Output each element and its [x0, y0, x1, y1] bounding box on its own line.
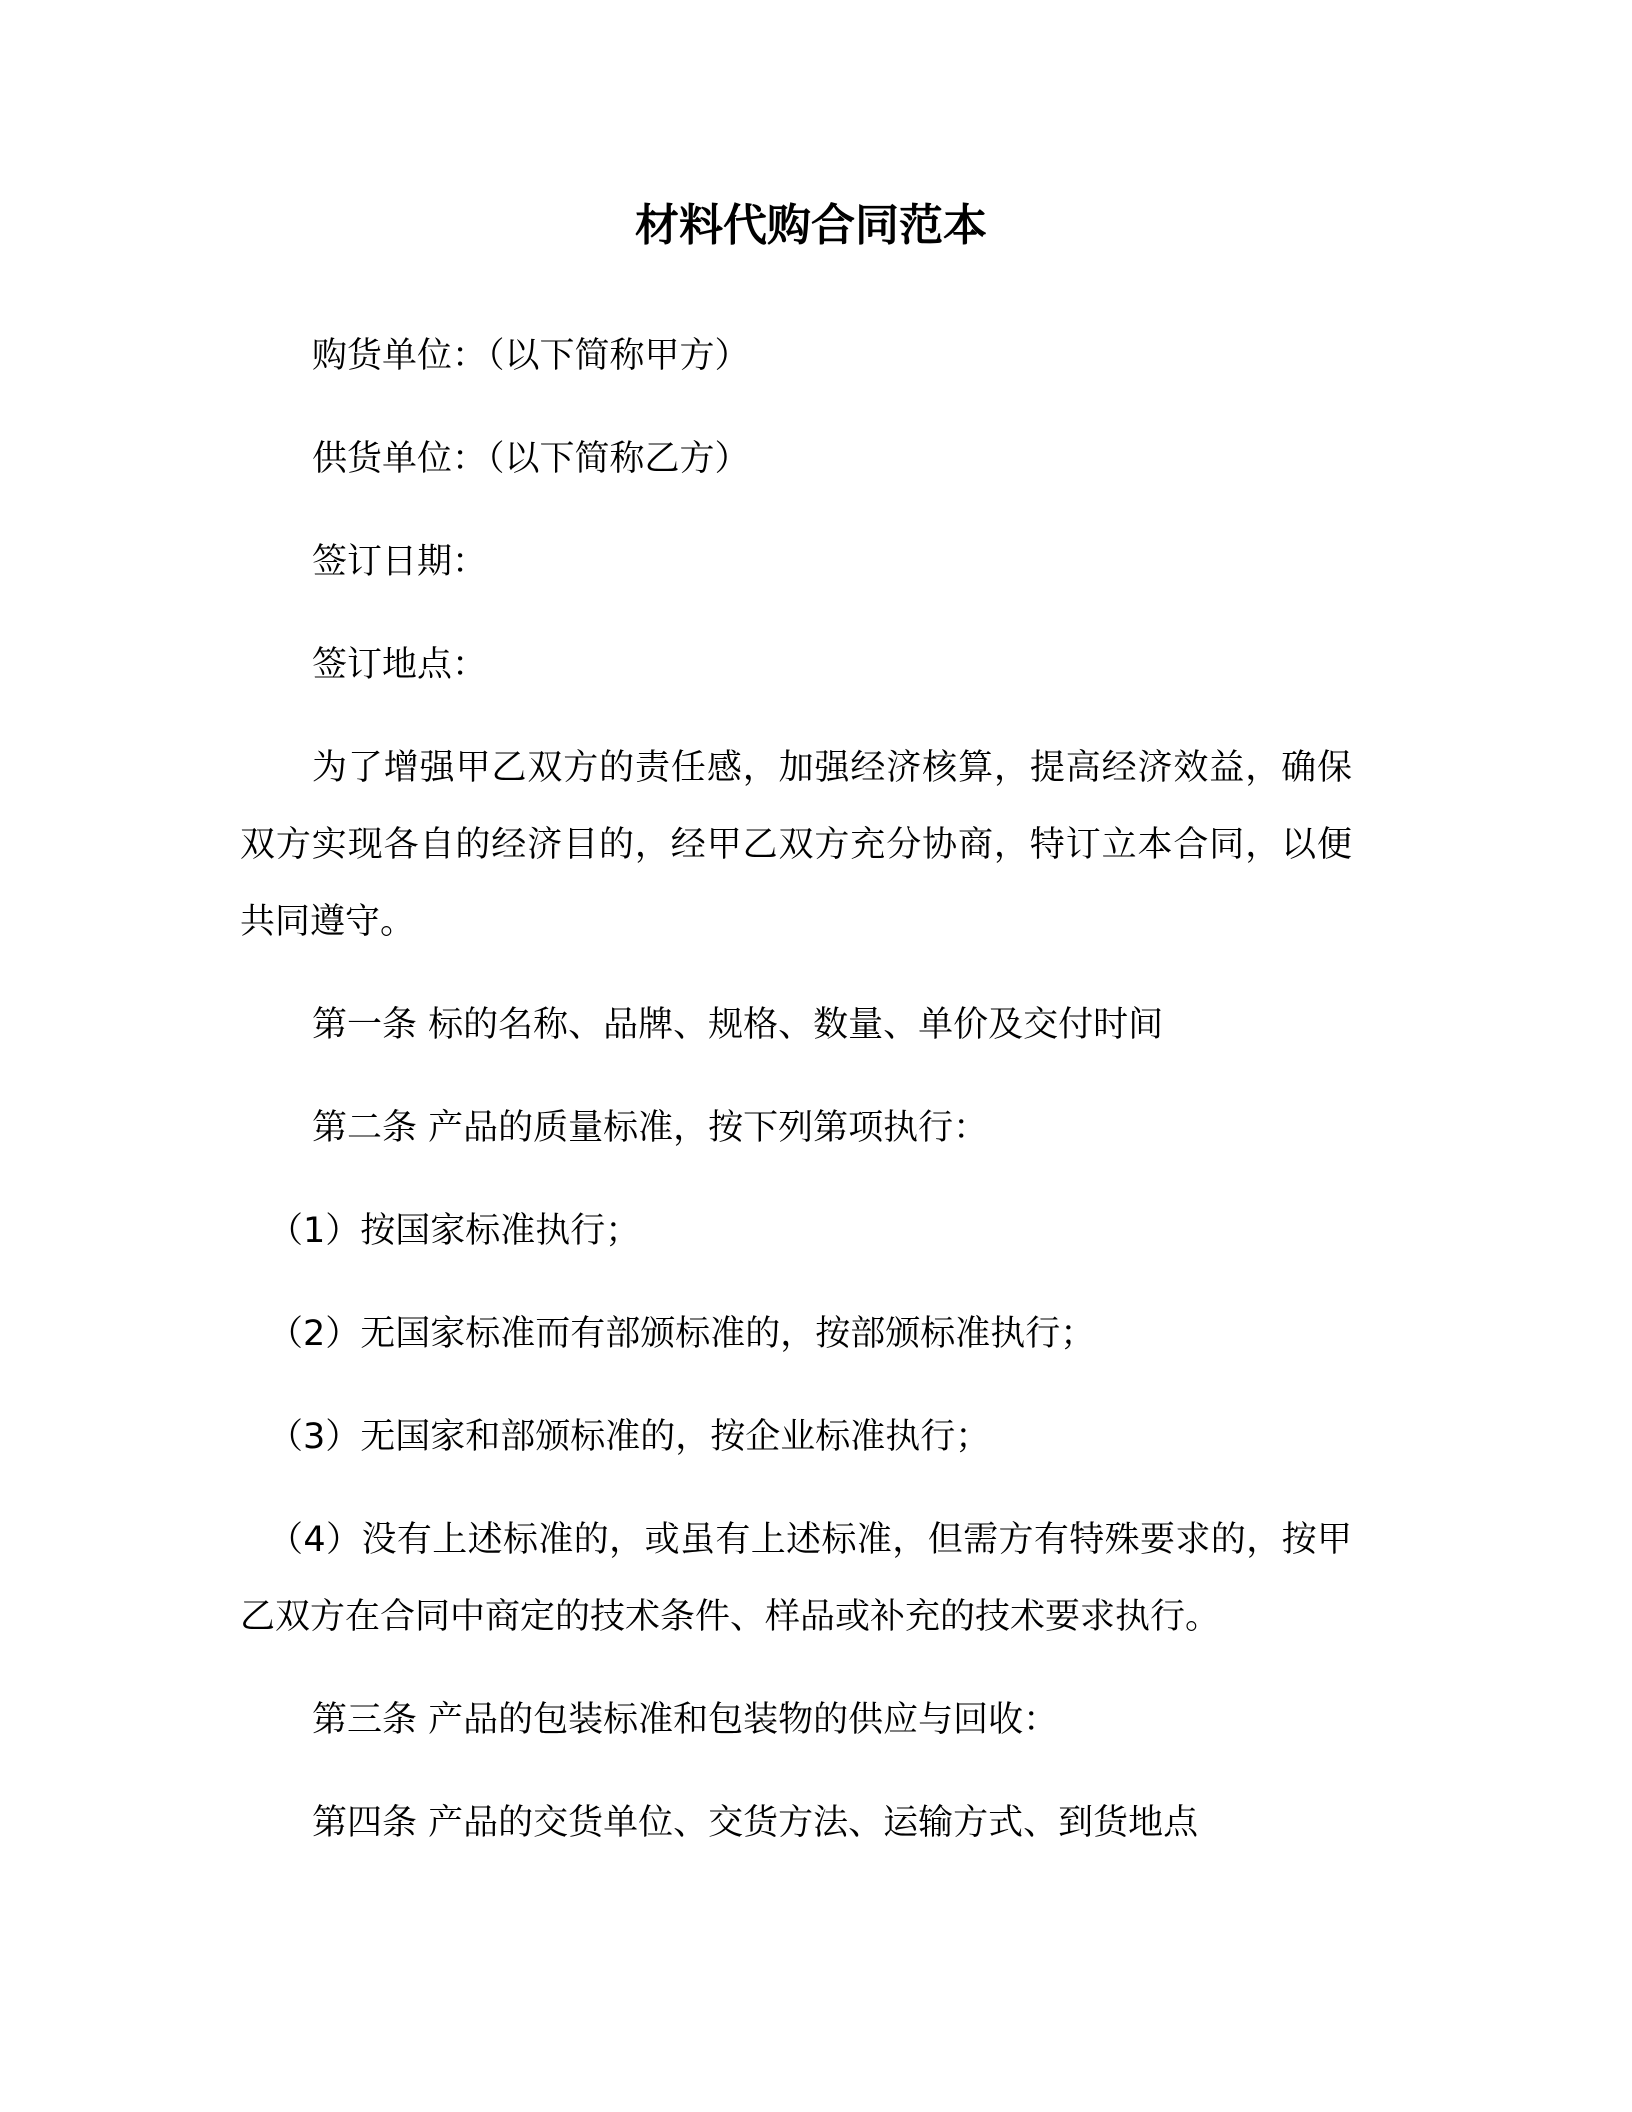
quality-item-1: （1）按国家标准执行；: [240, 1193, 1352, 1270]
document-title: 材料代购合同范本: [240, 196, 1352, 256]
article-3-number: 第三条: [312, 1700, 417, 1740]
article-1: 第一条 标的名称、品牌、规格、数量、单价及交付时间: [240, 987, 1352, 1064]
quality-item-4: （4）没有上述标准的，或虽有上述标准，但需方有特殊要求的，按甲乙双方在合同中商定…: [240, 1502, 1352, 1656]
field-sign-place-label: 签订地点：: [312, 645, 487, 685]
article-2-number: 第二条: [312, 1108, 417, 1148]
article-4: 第四条 产品的交货单位、交货方法、运输方式、到货地点: [240, 1785, 1352, 1862]
article-2: 第二条 产品的质量标准，按下列第项执行：: [240, 1090, 1352, 1167]
quality-item-2: （2）无国家标准而有部颁标准的，按部颁标准执行；: [240, 1296, 1352, 1373]
field-buyer-value: （以下简称甲方）: [487, 336, 750, 376]
field-sign-date-label: 签订日期：: [312, 542, 487, 582]
preamble-paragraph: 为了增强甲乙双方的责任感，加强经济核算，提高经济效益，确保双方实现各自的经济目的…: [240, 730, 1352, 961]
article-3-text: 产品的包装标准和包装物的供应与回收：: [428, 1700, 1058, 1740]
article-3: 第三条 产品的包装标准和包装物的供应与回收：: [240, 1682, 1352, 1759]
quality-item-3: （3）无国家和部颁标准的，按企业标准执行；: [240, 1399, 1352, 1476]
field-supplier-value: （以下简称乙方）: [487, 439, 750, 479]
field-sign-date: 签订日期：: [240, 524, 1352, 601]
field-sign-place: 签订地点：: [240, 627, 1352, 704]
field-supplier: 供货单位：（以下简称乙方）: [240, 421, 1352, 498]
field-buyer: 购货单位：（以下简称甲方）: [240, 318, 1352, 395]
article-4-number: 第四条: [312, 1803, 417, 1843]
field-buyer-label: 购货单位：: [312, 336, 487, 376]
article-1-text: 标的名称、品牌、规格、数量、单价及交付时间: [428, 1005, 1163, 1045]
article-1-number: 第一条: [312, 1005, 417, 1045]
document-body: 购货单位：（以下简称甲方） 供货单位：（以下简称乙方） 签订日期： 签订地点： …: [240, 318, 1352, 1888]
article-2-text: 产品的质量标准，按下列第项执行：: [428, 1108, 988, 1148]
article-4-text: 产品的交货单位、交货方法、运输方式、到货地点: [428, 1803, 1198, 1843]
field-supplier-label: 供货单位：: [312, 439, 487, 479]
